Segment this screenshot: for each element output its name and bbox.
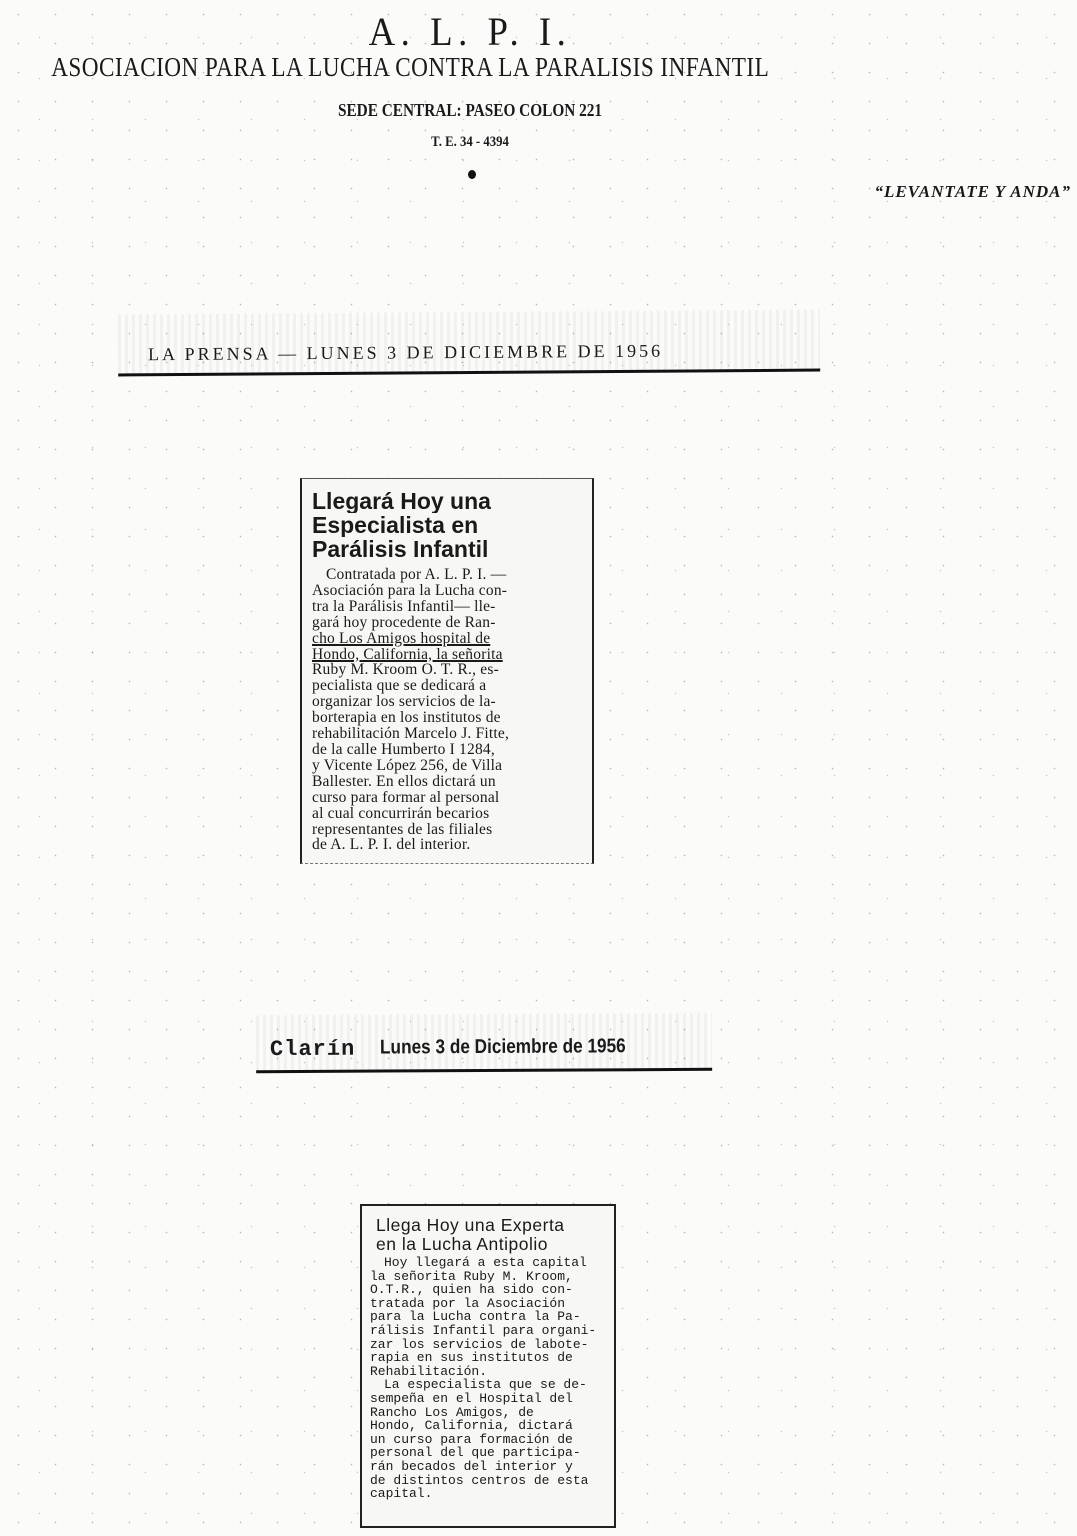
body-line: gará hoy procedente de Ran- — [312, 615, 586, 631]
body-line: de la calle Humberto I 1284, — [312, 742, 586, 758]
body-line: Contratada por A. L. P. I. — — [312, 567, 586, 583]
organization-acronym: A. L. P. I. — [38, 8, 903, 55]
clipping-body: Contratada por A. L. P. I. — Asociación … — [312, 567, 586, 853]
body-line: Ballester. En ellos dictará un — [312, 774, 586, 790]
clarin-masthead: Clarín Lunes 3 de Diciembre de 1956 — [256, 1013, 712, 1073]
masthead-date: Lunes 3 de Diciembre de 1956 — [380, 1035, 626, 1059]
body-line: O.T.R., quien ha sido con- — [370, 1283, 608, 1297]
body-line: tratada por la Asociación — [370, 1297, 608, 1311]
body-line: La especialista que se de- — [370, 1378, 608, 1392]
body-line: cho Los Amigos hospital de — [312, 631, 586, 647]
body-line: y Vicente López 256, de Villa — [312, 758, 586, 774]
body-line: representantes de las filiales — [312, 822, 586, 838]
headline-line: Parálisis Infantil — [312, 537, 584, 561]
body-line: Ruby M. Kroom O. T. R., es- — [312, 662, 586, 678]
motto: “LEVANTATE Y ANDA” — [874, 182, 1071, 202]
body-line: Hondo, California, dictará — [370, 1419, 608, 1433]
body-line: de A. L. P. I. del interior. — [312, 837, 586, 853]
body-line: Hoy llegará a esta capital — [370, 1256, 608, 1270]
body-line: borterapia en los institutos de — [312, 710, 586, 726]
phone-number: T. E. 34 - 4394 — [71, 134, 870, 151]
body-line: rálisis Infantil para organi- — [370, 1324, 608, 1338]
body-line: un curso para formación de — [370, 1433, 608, 1447]
headline-line: Llegará Hoy una — [312, 489, 584, 513]
body-line: Hondo, California, la señorita — [312, 647, 586, 663]
clipping-headline: Llega Hoy una Experta en la Lucha Antipo… — [376, 1216, 606, 1254]
headline-line: Especialista en — [312, 513, 584, 537]
body-line: Asociación para la Lucha con- — [312, 583, 586, 599]
body-line: sempeña en el Hospital del — [370, 1392, 608, 1406]
organization-name: ASOCIACION PARA LA LUCHA CONTRA LA PARAL… — [6, 52, 814, 83]
body-line: tra la Parálisis Infantil— lle- — [312, 599, 586, 615]
body-line: Rehabilitación. — [370, 1365, 608, 1379]
clipping-headline: Llegará Hoy una Especialista en Parálisi… — [312, 489, 584, 561]
body-line: la señorita Ruby M. Kroom, — [370, 1270, 608, 1284]
body-line: Rancho Los Amigos, de — [370, 1406, 608, 1420]
clarin-clipping: Llega Hoy una Experta en la Lucha Antipo… — [360, 1204, 616, 1528]
headline-line: Llega Hoy una Experta — [376, 1216, 606, 1235]
headline-line: en la Lucha Antipolio — [376, 1235, 606, 1254]
body-line: de distintos centros de esta — [370, 1474, 608, 1488]
body-line: zar los servicios de labote- — [370, 1338, 608, 1352]
headquarters-address: SEDE CENTRAL: PASEO COLON 221 — [71, 100, 870, 121]
body-line: para la Lucha contra la Pa- — [370, 1310, 608, 1324]
body-line: rapia en sus institutos de — [370, 1351, 608, 1365]
masthead-text: LA PRENSA — LUNES 3 DE DICIEMBRE DE 1956 — [148, 341, 663, 366]
masthead-paper-name: Clarín — [270, 1037, 355, 1062]
body-line: pecialista que se dedicará a — [312, 678, 586, 694]
bullet-dot-icon — [468, 170, 476, 179]
la-prensa-masthead: LA PRENSA — LUNES 3 DE DICIEMBRE DE 1956 — [118, 310, 820, 377]
body-line: curso para formar al personal — [312, 790, 586, 806]
body-line: rehabilitación Marcelo J. Fitte, — [312, 726, 586, 742]
body-line: organizar los servicios de la- — [312, 694, 586, 710]
body-line: rán becados del interior y — [370, 1460, 608, 1474]
body-line: capital. — [370, 1487, 608, 1501]
la-prensa-clipping: Llegará Hoy una Especialista en Parálisi… — [300, 478, 594, 864]
clipping-body: Hoy llegará a esta capital la señorita R… — [370, 1256, 608, 1501]
body-line: personal del que participa- — [370, 1446, 608, 1460]
body-line: al cual concurrirán becarios — [312, 806, 586, 822]
